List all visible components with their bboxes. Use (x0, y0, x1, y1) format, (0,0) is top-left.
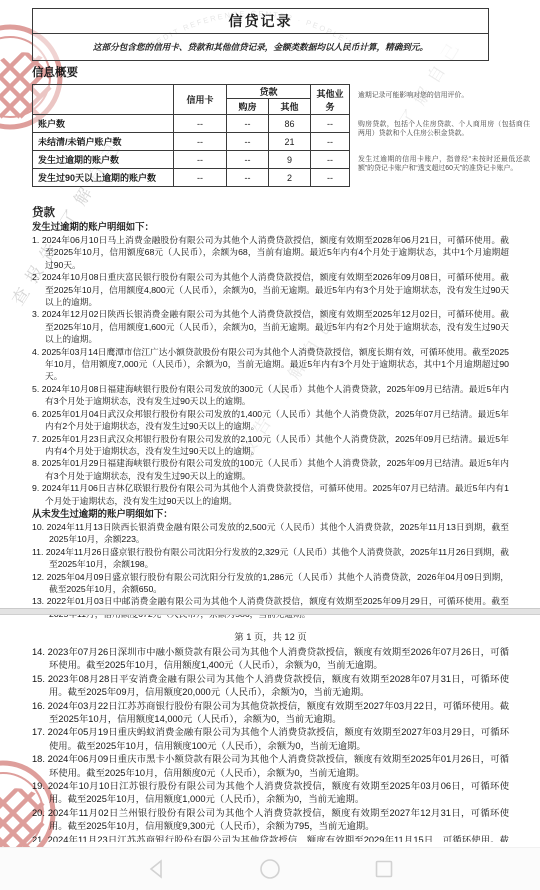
pdf-page-break-divider (0, 608, 540, 615)
report-title-box: 信贷记录 这部分包含您的信用卡、贷款和其他信贷记录，金额类数据均以人民币计算，精… (32, 8, 489, 61)
summary-table: 信用卡 贷款 其他业务 购房 其他 账户数 -- -- 86 -- (32, 84, 350, 187)
loan-record-item: 2. 2024年10月08日重庆富民银行股份有限公司为其他个人消费贷款授信，额度… (32, 271, 509, 308)
loan-record-item: 8. 2025年01月29日福建海峡银行股份有限公司发放的100元（人民币）其他… (32, 457, 509, 482)
summary-table-row: 发生过逾期的账户数 -- -- 9 -- (33, 151, 350, 169)
loan-record-item: 12. 2025年04月09日盛京银行股份有限公司沈阳分行发放的1,286元（人… (32, 571, 509, 596)
home-circle-icon (259, 858, 281, 880)
never-overdue-loan-list: 10. 2024年11月13日陕西长银消费金融有限公司发放的2,500元（人民币… (32, 521, 509, 620)
credit-card-value: -- (174, 169, 227, 187)
loan-record-item: 16. 2024年03月22日江苏苏商银行股份有限公司为其他贷款授信，额度有效期… (32, 700, 509, 727)
row-label: 账户数 (33, 115, 174, 133)
col-header-credit-card: 信用卡 (174, 85, 227, 115)
loans-section-page-2: 14. 2023年07月26日深圳市中融小额贷款有限公司为其他个人消费贷款授信，… (32, 646, 509, 842)
col-header-other-business: 其他业务 (311, 85, 350, 115)
loan-record-item: 6. 2025年01月04日武汉众邦银行股份有限公司发放的1,400元（人民币）… (32, 408, 509, 433)
loan-other-value: 9 (269, 151, 311, 169)
loan-house-value: -- (227, 151, 269, 169)
other-business-value: -- (311, 115, 350, 133)
loan-record-item: 1. 2024年06月10日马上消费金融股份有限公司为其他个人消费贷款授信，额度… (32, 234, 509, 271)
loan-other-value: 21 (269, 133, 311, 151)
loan-record-item: 11. 2024年11月26日盛京银行股份有限公司沈阳分行发放的2,329元（人… (32, 546, 509, 571)
overdue-accounts-heading: 发生过逾期的账户明细如下： (32, 220, 509, 234)
summary-table-row: 发生过90天以上逾期的账户数 -- -- 2 -- (33, 169, 350, 187)
row-label: 未结清/未销户账户数 (33, 133, 174, 151)
summary-table-row: 未结清/未销户账户数 -- -- 21 -- (33, 133, 350, 151)
never-overdue-loan-list-continued: 14. 2023年07月26日深圳市中融小额贷款有限公司为其他个人消费贷款授信，… (32, 646, 509, 842)
credit-report-screen: 查报告 了解自己 查报告 了解自己 了解自己 CREDIT REFERENCE … (0, 0, 540, 890)
loan-record-item: 5. 2024年10月08日福建海峡银行股份有限公司发放的300元（人民币）其他… (32, 383, 509, 408)
loans-section-page-1: 贷款 发生过逾期的账户明细如下： 1. 2024年06月10日马上消费金融股份有… (32, 206, 509, 643)
back-button[interactable] (144, 857, 168, 881)
col-header-loan-house: 购房 (227, 99, 269, 115)
other-business-value: -- (311, 133, 350, 151)
overdue-loan-list: 1. 2024年06月10日马上消费金融股份有限公司为其他个人消费贷款授信，额度… (32, 234, 509, 507)
loan-record-item: 9. 2024年11月06日吉林亿联银行股份有限公司为其他个人消费贷款授信，可循… (32, 482, 509, 507)
loan-record-item: 14. 2023年07月26日深圳市中融小额贷款有限公司为其他个人消费贷款授信，… (32, 646, 509, 673)
recent-apps-button[interactable] (372, 857, 396, 881)
loan-record-item: 7. 2025年01月23日武汉众邦银行股份有限公司发放的2,100元（人民币）… (32, 433, 509, 458)
row-label: 发生过90天以上逾期的账户数 (33, 169, 174, 187)
loan-record-item: 10. 2024年11月13日陕西长银消费金融有限公司发放的2,500元（人民币… (32, 521, 509, 546)
side-note-credit-card: 发生过逾期的信用卡账户，指曾经“未按时还最低还款额”的贷记卡账户和“透支超过60… (358, 156, 530, 173)
recent-square-icon (374, 859, 394, 879)
android-navigation-bar (0, 847, 540, 890)
report-subtitle: 这部分包含您的信用卡、贷款和其他信贷记录，金额类数据均以人民币计算，精确到元。 (33, 34, 488, 60)
home-button[interactable] (258, 857, 282, 881)
other-business-value: -- (311, 151, 350, 169)
page-number-indicator: 第 1 页，共 12 页 (32, 629, 509, 643)
loan-house-value: -- (227, 115, 269, 133)
col-header-loan-other: 其他 (269, 99, 311, 115)
side-note-house-loan: 购房贷款，包括个人住房贷款、个人商用房（包括商住两用）贷款和个人住房公积金贷款。 (358, 121, 530, 138)
loan-house-value: -- (227, 169, 269, 187)
loan-record-item: 15. 2023年08月28日平安消费金融有限公司为其他个人消费贷款授信，额度有… (32, 673, 509, 700)
loan-record-item: 4. 2025年03月14日鹰潭市信江广达小额贷款股份有限公司为其他个人消费贷款… (32, 346, 509, 383)
loans-section-heading: 贷款 (32, 206, 509, 220)
summary-section-heading: 信息概要 (32, 64, 78, 80)
loan-record-item: 17. 2024年05月19日重庆蚂蚁消费金融有限公司为其他个人消费贷款授信，额… (32, 726, 509, 753)
credit-card-value: -- (174, 151, 227, 169)
loan-record-item: 19. 2024年10月10日江苏银行股份有限公司为其他个人消费贷款授信，额度有… (32, 780, 509, 807)
row-label: 发生过逾期的账户数 (33, 151, 174, 169)
loan-record-item: 18. 2024年06月09日重庆市黑卡小额贷款有限公司为其他个人消费贷款授信，… (32, 753, 509, 780)
other-business-value: -- (311, 169, 350, 187)
never-overdue-accounts-heading: 从未发生过逾期的账户明细如下： (32, 507, 509, 521)
credit-card-value: -- (174, 133, 227, 151)
credit-card-value: -- (174, 115, 227, 133)
summary-table-row: 账户数 -- -- 86 -- (33, 115, 350, 133)
side-note-overdue: 逾期记录可能影响对您的信用评价。 (358, 92, 530, 101)
summary-table-corner (33, 85, 174, 115)
back-triangle-icon (147, 859, 165, 879)
col-header-loans: 贷款 (227, 85, 311, 99)
loan-other-value: 2 (269, 169, 311, 187)
page-title: 信贷记录 (33, 9, 488, 34)
loan-record-item: 21. 2024年11月23日江苏苏商银行股份有限公司为其他贷款授信，额度有效期… (32, 834, 509, 842)
loan-record-item: 20. 2024年11月02日兰州银行股份有限公司为其他个人消费贷款授信，额度有… (32, 807, 509, 834)
loan-house-value: -- (227, 133, 269, 151)
loan-record-item: 3. 2024年12月02日陕西长银消费金融有限公司为其他个人消费贷款授信，额度… (32, 308, 509, 345)
loan-other-value: 86 (269, 115, 311, 133)
